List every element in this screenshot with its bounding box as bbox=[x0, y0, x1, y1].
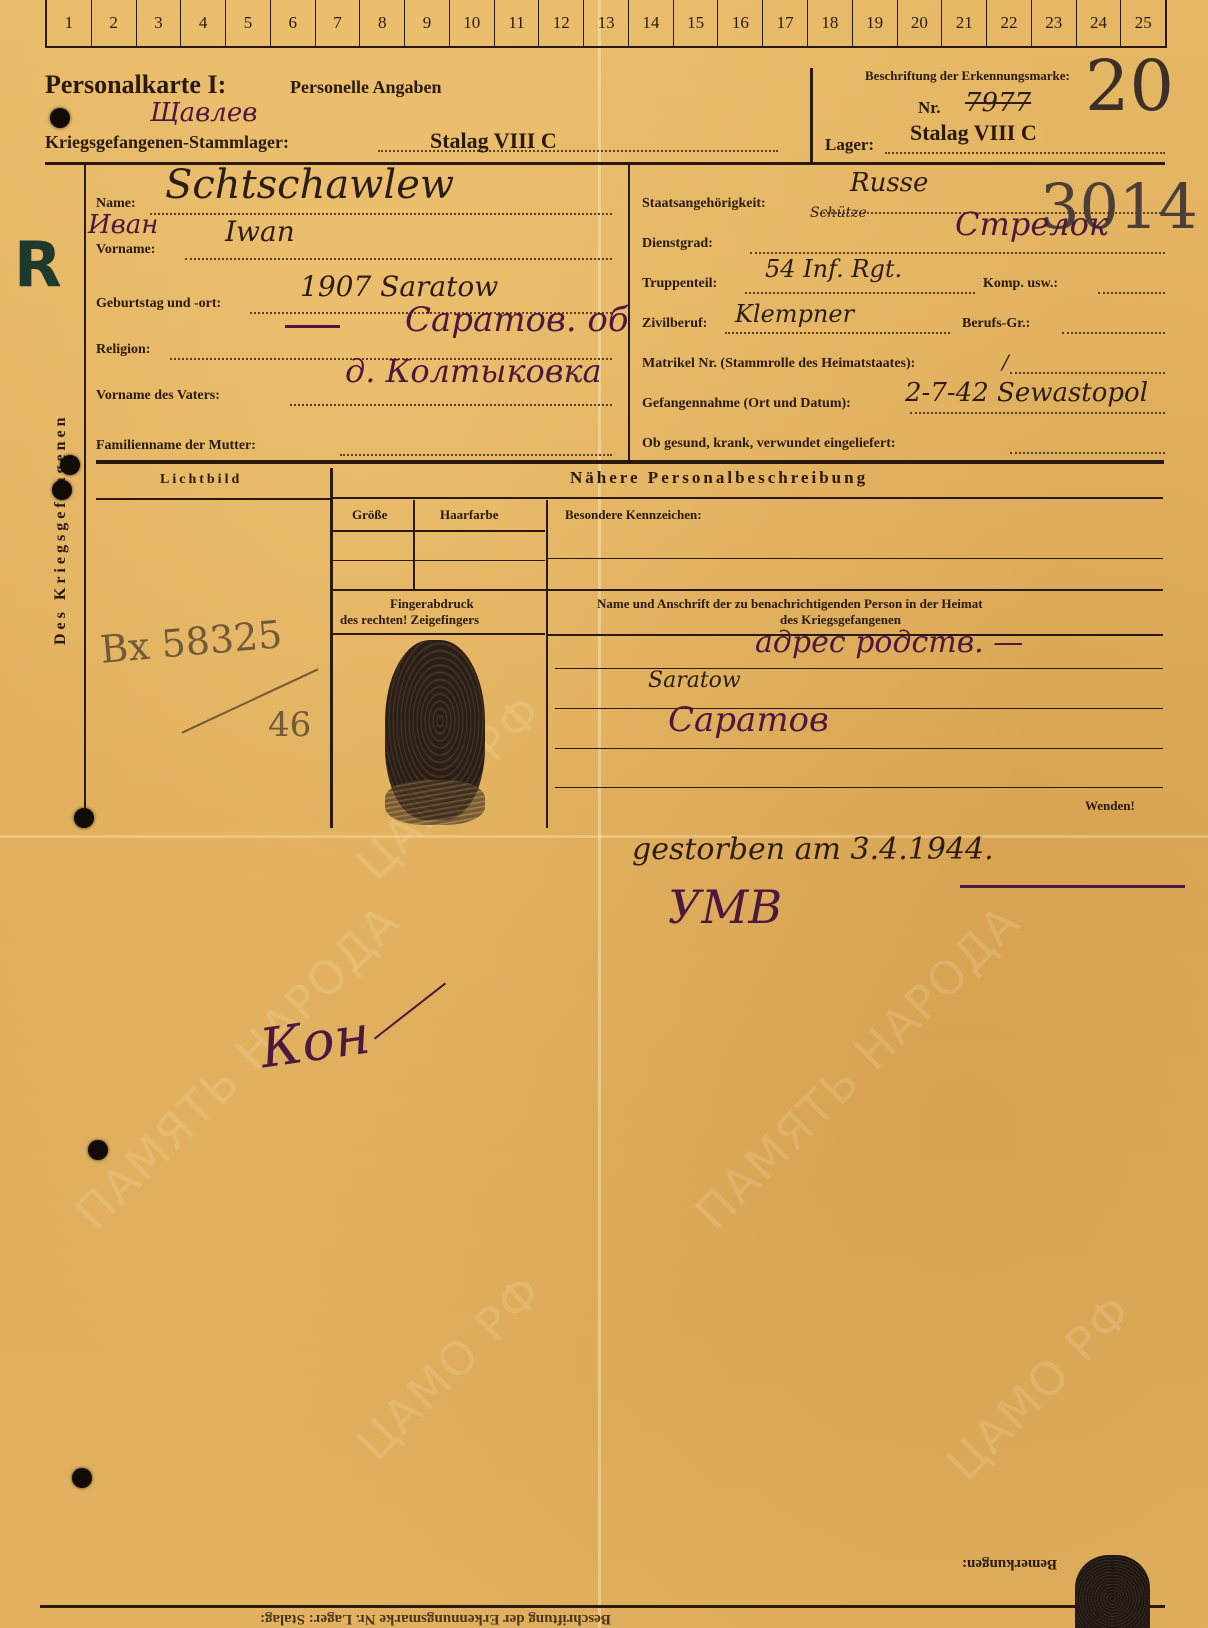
strip-cell: 6 bbox=[271, 0, 316, 46]
dienstgrad-cyrillic: Стрелок bbox=[955, 205, 1108, 243]
punch-hole bbox=[74, 808, 94, 828]
number-strip: 1234567891011121314151617181920212223242… bbox=[45, 0, 1167, 48]
fingerprint-image bbox=[385, 640, 485, 820]
strip-cell: 22 bbox=[987, 0, 1032, 46]
strip-cell: 8 bbox=[360, 0, 405, 46]
strip-cell: 20 bbox=[898, 0, 943, 46]
rule bbox=[548, 558, 1163, 559]
divider bbox=[628, 165, 630, 460]
handwritten-surname-cyrillic: Щавлев bbox=[150, 98, 257, 128]
haarfarbe-label: Haarfarbe bbox=[440, 507, 498, 523]
divider bbox=[413, 500, 415, 590]
strip-cell: 2 bbox=[92, 0, 137, 46]
name-value: Schtschawlew bbox=[165, 162, 454, 208]
wenden-label: Wenden! bbox=[1085, 798, 1135, 814]
gefangennahme-label: Gefangennahme (Ort und Datum): bbox=[642, 396, 851, 412]
stamp-letter-r: R bbox=[14, 228, 62, 301]
groesse-label: Größe bbox=[352, 507, 387, 523]
berufsgr-label: Berufs-Gr.: bbox=[962, 316, 1030, 332]
stammlager-label: Kriegsgefangenen-Stammlager: bbox=[45, 132, 289, 153]
matrikel-label: Matrikel Nr. (Stammrolle des Heimatstaat… bbox=[642, 356, 915, 372]
rule bbox=[333, 497, 1163, 499]
watermark: ЦАМО РФ bbox=[936, 1283, 1143, 1490]
matrikel-value: / bbox=[1002, 350, 1009, 374]
paper-fold-vertical bbox=[598, 0, 601, 1628]
gefangennahme-value: 2-7-42 Sewastopol bbox=[905, 378, 1148, 408]
strip-cell: 7 bbox=[316, 0, 361, 46]
punch-hole bbox=[50, 108, 70, 128]
punch-hole bbox=[72, 1468, 92, 1488]
religion-label: Religion: bbox=[96, 342, 150, 358]
vater-value: д. Колтыковка bbox=[345, 352, 602, 390]
strip-cell: 25 bbox=[1121, 0, 1165, 46]
nr-value-crossed: 7977 bbox=[965, 88, 1031, 118]
strip-cell: 5 bbox=[226, 0, 271, 46]
rule bbox=[96, 498, 330, 500]
punch-hole bbox=[88, 1140, 108, 1160]
dotted-line bbox=[150, 213, 612, 215]
rule bbox=[333, 633, 545, 635]
strip-cell: 15 bbox=[674, 0, 719, 46]
stammlager-value: Stalag VIII C bbox=[430, 128, 557, 154]
lager-value: Stalag VIII C bbox=[910, 120, 1037, 146]
staat-label: Staatsangehörigkeit: bbox=[642, 196, 766, 212]
dotted-line bbox=[290, 404, 612, 406]
kontakt-label-1: Name und Anschrift der zu benachrichtige… bbox=[597, 596, 983, 612]
rule bbox=[555, 668, 1163, 669]
punch-hole bbox=[60, 455, 80, 475]
strip-cell: 24 bbox=[1077, 0, 1122, 46]
fingerprint-label-1: Fingerabdruck bbox=[390, 596, 474, 612]
kennzeichen-label: Besondere Kennzeichen: bbox=[565, 507, 702, 523]
dotted-line bbox=[750, 252, 1165, 254]
nr-label: Nr. bbox=[918, 98, 941, 118]
rule bbox=[555, 708, 1163, 709]
reverse-bottom-line: Beschriftung der Erkennungsmarke Nr. Lag… bbox=[260, 1610, 611, 1627]
geburt-cyrillic: Саратов. об bbox=[405, 300, 629, 340]
vorname-label: Vorname: bbox=[96, 242, 155, 258]
card-subtitle: Personelle Angaben bbox=[290, 77, 442, 98]
section-title: Nähere Personalbeschreibung bbox=[570, 468, 868, 488]
strip-cell: 16 bbox=[718, 0, 763, 46]
strip-cell: 13 bbox=[584, 0, 629, 46]
lager-label: Lager: bbox=[825, 135, 874, 155]
punch-hole bbox=[52, 480, 72, 500]
death-note: gestorben am 3.4.1944. bbox=[632, 832, 994, 867]
dienstgrad-value: Schütze bbox=[810, 205, 867, 221]
nr-value-pencil: 20 bbox=[1085, 45, 1174, 127]
rule bbox=[555, 787, 1163, 788]
dotted-line bbox=[725, 332, 950, 334]
dotted-line bbox=[1010, 372, 1165, 374]
vorname-cyrillic: Иван bbox=[88, 210, 158, 240]
vater-label: Vorname des Vaters: bbox=[96, 388, 220, 404]
strip-cell: 3 bbox=[137, 0, 182, 46]
fingerprint-label-2: des rechten! Zeigefingers bbox=[340, 612, 479, 628]
kontakt-line-3: Саратов bbox=[668, 700, 829, 740]
pencil-photo-note: Вх 58325 bbox=[98, 612, 283, 672]
rule bbox=[40, 1605, 1165, 1608]
zivilberuf-value: Klempner bbox=[735, 300, 854, 328]
dotted-line bbox=[885, 152, 1165, 154]
left-border bbox=[84, 165, 86, 825]
underline-stroke bbox=[960, 885, 1185, 888]
divider bbox=[810, 68, 813, 163]
mutter-label: Familienname der Mutter: bbox=[96, 438, 256, 454]
divider bbox=[330, 468, 333, 828]
dotted-line bbox=[745, 292, 975, 294]
erkennungsmarke-label: Beschriftung der Erkennungsmarke: bbox=[865, 68, 1070, 84]
initials: УМВ bbox=[668, 880, 782, 934]
watermark: ПАМЯТЬ НАРОДА bbox=[685, 894, 1031, 1240]
divider bbox=[546, 500, 548, 828]
rule bbox=[333, 589, 1163, 591]
strip-cell: 14 bbox=[629, 0, 674, 46]
dienstgrad-label: Dienstgrad: bbox=[642, 236, 713, 252]
geburt-label: Geburtstag und -ort: bbox=[96, 296, 221, 312]
strip-cell: 19 bbox=[853, 0, 898, 46]
strip-cell: 4 bbox=[181, 0, 226, 46]
card-title: Personalkarte I: bbox=[45, 70, 226, 100]
strip-cell: 9 bbox=[405, 0, 450, 46]
rule bbox=[333, 560, 545, 561]
rule bbox=[555, 748, 1163, 749]
pencil-photo-sub: 46 bbox=[268, 705, 311, 745]
geburt-value: 1907 Saratow bbox=[300, 270, 498, 303]
strip-cell: 18 bbox=[808, 0, 853, 46]
komp-label: Komp. usw.: bbox=[983, 276, 1058, 292]
truppenteil-value: 54 Inf. Rgt. bbox=[765, 255, 902, 283]
truppenteil-label: Truppenteil: bbox=[642, 276, 717, 292]
ink-smudge bbox=[1075, 1555, 1150, 1628]
dash-mark bbox=[285, 325, 340, 328]
rule bbox=[96, 460, 1164, 464]
strip-cell: 21 bbox=[942, 0, 987, 46]
strip-cell: 12 bbox=[539, 0, 584, 46]
signature-stroke bbox=[374, 983, 446, 1040]
strip-cell: 17 bbox=[763, 0, 808, 46]
strip-cell: 23 bbox=[1032, 0, 1077, 46]
rule bbox=[333, 530, 545, 532]
kontakt-line-1: адрес родств. — bbox=[755, 625, 1023, 660]
dotted-line bbox=[1010, 452, 1165, 454]
gesund-label: Ob gesund, krank, verwundet eingeliefert… bbox=[642, 436, 896, 452]
strip-cell: 11 bbox=[495, 0, 540, 46]
strip-cell: 10 bbox=[450, 0, 495, 46]
dotted-line bbox=[910, 412, 1165, 414]
vertical-caption: Des Kriegsgefangenen bbox=[52, 413, 70, 645]
paper-fold-horizontal bbox=[0, 835, 1208, 838]
kontakt-line-2: Saratow bbox=[648, 668, 741, 693]
dotted-line bbox=[1098, 292, 1165, 294]
dotted-line bbox=[1062, 332, 1165, 334]
lichtbild-label: Lichtbild bbox=[160, 472, 242, 488]
reverse-bemerkungen: Bemerkungen: bbox=[962, 1555, 1057, 1572]
zivilberuf-label: Zivilberuf: bbox=[642, 316, 707, 332]
dotted-line bbox=[185, 258, 612, 260]
staat-value: Russe bbox=[850, 168, 928, 198]
vorname-value: Iwan bbox=[225, 215, 295, 248]
strip-cell: 1 bbox=[47, 0, 92, 46]
watermark: ЦАМО РФ bbox=[346, 1263, 553, 1470]
dotted-line bbox=[340, 454, 612, 456]
